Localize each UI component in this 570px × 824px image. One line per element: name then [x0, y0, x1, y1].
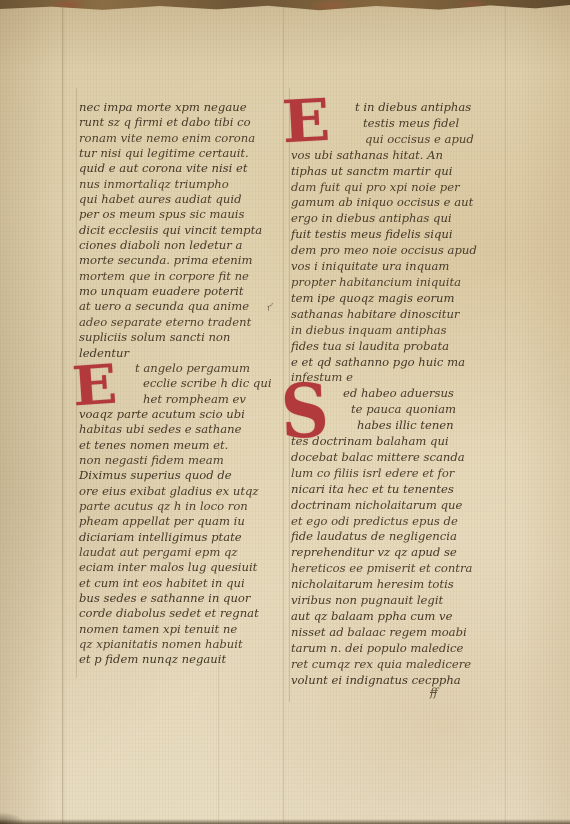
manuscript-text-line: ergo in diebus antiphas qui: [291, 211, 507, 227]
manuscript-text-line: habitas ubi sedes e sathane: [79, 422, 284, 437]
manuscript-text-line: het rompheam ev: [79, 392, 284, 407]
manuscript-text-line: nicari ita hec et tu tenentes: [291, 482, 507, 498]
manuscript-text-line: gamum ab iniquo occisus e aut: [291, 195, 507, 211]
manuscript-text-line: et ego odi predictus epus de: [291, 514, 507, 530]
manuscript-text-line: ore eius exibat gladius ex utqz: [79, 484, 284, 499]
manuscript-text-line: et p fidem nunqz negauit: [79, 652, 284, 667]
column-ruling-line: [289, 88, 290, 702]
manuscript-text-line: reprehenditur vz qz apud se: [291, 545, 507, 561]
manuscript-text-line: diciariam intelligimus ptate: [79, 530, 284, 545]
manuscript-text-line: vos ubi sathanas hitat. An: [291, 148, 507, 164]
manuscript-text-line: non negasti fidem meam: [79, 453, 284, 468]
parchment-page: nec impa morte xpm negauerunt sz q firmi…: [0, 0, 570, 824]
manuscript-text-line: et tenes nomen meum et.: [79, 438, 284, 453]
manuscript-text-line: parte acutus qz h in loco ron: [79, 499, 284, 514]
manuscript-text-line: tur nisi qui legitime certauit.: [79, 146, 284, 161]
manuscript-text-line: et cum int eos habitet in qui: [79, 576, 284, 591]
manuscript-text-line: aut qz balaam ppha cum ve: [291, 609, 507, 625]
manuscript-text-line: infestum e: [291, 370, 507, 386]
page-top-edge: [0, 0, 570, 12]
manuscript-text-line: per os meum spus sic mauis: [79, 207, 284, 222]
parchment-crease: [62, 0, 63, 824]
manuscript-text-line: t in diebus antiphas: [291, 100, 507, 116]
manuscript-text-line: dem pro meo noie occisus apud: [291, 243, 507, 259]
manuscript-text-line: fides tua si laudita probata: [291, 339, 507, 355]
manuscript-text-line: nus inmortaliqz triumpho: [79, 177, 284, 192]
page-corner-shadow: [0, 808, 34, 824]
manuscript-text-line: habes illic tenen: [291, 418, 507, 434]
text-column-right: t in diebus antiphastestis meus fidelqui…: [291, 100, 507, 689]
manuscript-text-line: docebat balac mittere scanda: [291, 450, 507, 466]
manuscript-text-line: adeo separate eterno tradent: [79, 315, 284, 330]
text-column-left: nec impa morte xpm negauerunt sz q firmi…: [79, 100, 284, 668]
manuscript-text-line: ret cumqz rex quia maledicere: [291, 657, 507, 673]
manuscript-text-line: hereticos ee pmiserit et contra: [291, 561, 507, 577]
manuscript-text-line: laudat aut pergami epm qz: [79, 545, 284, 560]
manuscript-text-line: voaqz parte acutum scio ubi: [79, 407, 284, 422]
manuscript-text-line: tes doctrinam balaham qui: [291, 434, 507, 450]
manuscript-text-line: nec impa morte xpm negaue: [79, 100, 284, 115]
manuscript-text-line: tarum n. dei populo maledice: [291, 641, 507, 657]
column-ruling-line: [76, 88, 77, 678]
manuscript-text-line: ledentur: [79, 346, 284, 361]
manuscript-text-line: volunt ei indignatus cecppha: [291, 673, 507, 689]
manuscript-text-line: sathanas habitare dinoscitur: [291, 307, 507, 323]
manuscript-text-line: bus sedes e sathanne in quor: [79, 591, 284, 606]
manuscript-text-line: ronam vite nemo enim corona: [79, 131, 284, 146]
manuscript-text-line: t angelo pergamum: [79, 361, 284, 376]
manuscript-text-line: pheam appellat per quam iu: [79, 514, 284, 529]
manuscript-text-line: fide laudatus de negligencia: [291, 529, 507, 545]
manuscript-text-line: dicit ecclesiis qui vincit tempta: [79, 223, 284, 238]
manuscript-text-line: tiphas ut sanctm martir qui: [291, 164, 507, 180]
manuscript-text-line: eciam inter malos lug quesiuit: [79, 560, 284, 575]
manuscript-text-line: mortem que in corpore fit ne: [79, 269, 284, 284]
manuscript-text-line: supliciis solum sancti non: [79, 330, 284, 345]
manuscript-text-line: dam fuit qui pro xpi noie per: [291, 180, 507, 196]
manuscript-text-line: propter habitancium iniquita: [291, 275, 507, 291]
manuscript-text-line: in diebus inquam antiphas: [291, 323, 507, 339]
manuscript-text-line: at uero a secunda qua anime: [79, 299, 284, 314]
manuscript-text-line: tem ipe quoqz magis eorum: [291, 291, 507, 307]
manuscript-text-line: e et qd sathanno pgo huic ma: [291, 355, 507, 371]
manuscript-text-line: ed habeo aduersus: [291, 386, 507, 402]
manuscript-text-line: lum co filiis isrl edere et for: [291, 466, 507, 482]
manuscript-photo: nec impa morte xpm negauerunt sz q firmi…: [0, 0, 570, 824]
manuscript-text-line: ciones diaboli non ledetur a: [79, 238, 284, 253]
manuscript-text-line: testis meus fidel: [291, 116, 507, 132]
manuscript-text-line: quid e aut corona vite nisi et: [79, 161, 284, 176]
manuscript-text-line: qui habet aures audiat quid: [79, 192, 284, 207]
manuscript-text-line: nomen tamen xpi tenuit ne: [79, 622, 284, 637]
manuscript-text-line: qui occisus e apud: [291, 132, 507, 148]
end-flourish-mark: ﬀ: [430, 686, 437, 699]
manuscript-text-line: nisset ad balaac regem moabi: [291, 625, 507, 641]
manuscript-text-line: vos i iniquitate ura inquam: [291, 259, 507, 275]
page-bottom-edge: [0, 819, 570, 824]
manuscript-text-line: corde diabolus sedet et regnat: [79, 606, 284, 621]
manuscript-text-line: morte secunda. prima etenim: [79, 253, 284, 268]
manuscript-text-line: viribus non pugnauit legit: [291, 593, 507, 609]
manuscript-text-line: mo unquam euadere poterit: [79, 284, 284, 299]
manuscript-text-line: ecclie scribe h dic qui: [79, 376, 284, 391]
manuscript-text-line: runt sz q firmi et dabo tibi co: [79, 115, 284, 130]
manuscript-text-line: te pauca quoniam: [291, 402, 507, 418]
manuscript-text-line: doctrinam nicholaitarum que: [291, 498, 507, 514]
manuscript-text-line: fuit testis meus fidelis siqui: [291, 227, 507, 243]
manuscript-text-line: qz xpianitatis nomen habuit: [79, 637, 284, 652]
manuscript-text-line: nicholaitarum heresim totis: [291, 577, 507, 593]
manuscript-text-line: Diximus superius quod de: [79, 468, 284, 483]
